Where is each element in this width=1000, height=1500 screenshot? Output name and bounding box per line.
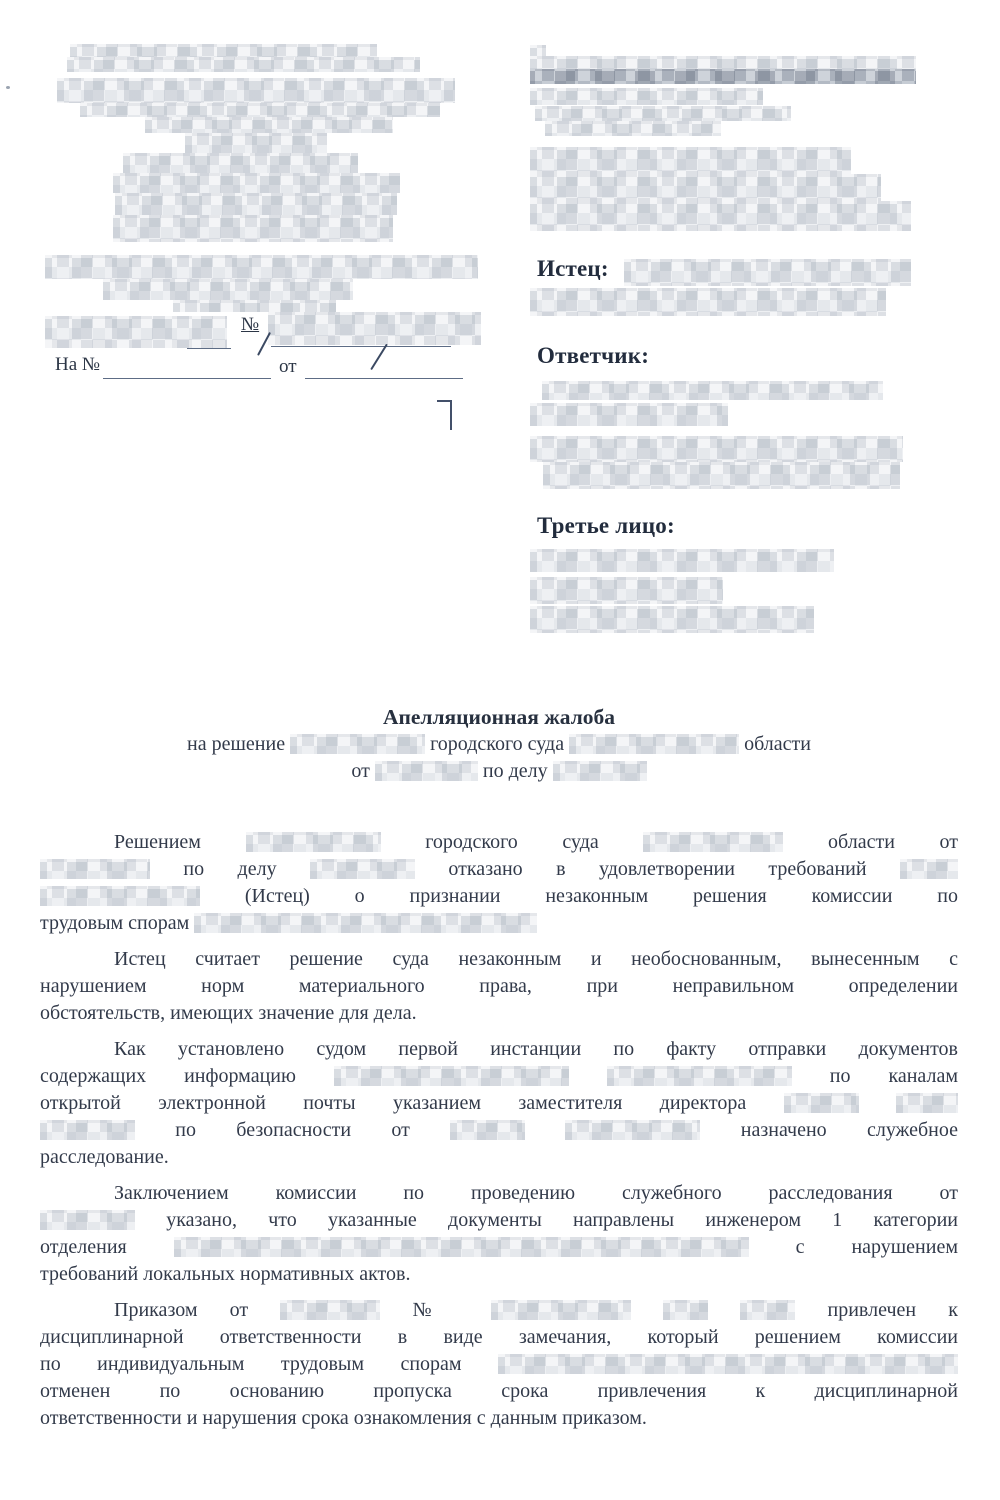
- redacted-text: [784, 1093, 859, 1113]
- redacted-block: [530, 147, 851, 174]
- redacted-block: [530, 549, 834, 572]
- redacted-block: [530, 606, 814, 633]
- redacted-block: [530, 436, 903, 462]
- text-line: отменен по основанию пропуска срока прив…: [40, 1378, 958, 1405]
- scan-artifact-dot: [6, 86, 10, 89]
- paragraph: Заключением комиссии по проведению служе…: [40, 1180, 958, 1288]
- redacted-text: [565, 1120, 700, 1140]
- redacted-text: [246, 832, 381, 852]
- text-line: ответственности и нарушения срока ознако…: [40, 1405, 958, 1432]
- third-party-label: Третье лицо:: [537, 513, 675, 539]
- text-line: нарушением норм материального права, при…: [40, 973, 958, 1000]
- subtitle-line: от по делу: [40, 758, 958, 785]
- redacted-text: [607, 1066, 792, 1086]
- subtitle-line: на решение городского суда области: [40, 731, 958, 758]
- text-line: Как установлено судом первой инстанции п…: [40, 1036, 958, 1063]
- text-line: по делу отказано в удовлетворении требов…: [40, 856, 958, 883]
- text-line: открытой электронной почты указанием зам…: [40, 1090, 958, 1117]
- redacted-block: [543, 462, 900, 489]
- redacted-block: [45, 255, 478, 279]
- document-content: Апелляционная жалоба на решение городско…: [40, 703, 958, 1432]
- redacted-block: [530, 174, 881, 201]
- redacted-block: [530, 201, 911, 231]
- redacted-text: [663, 1300, 708, 1320]
- redacted-block: [113, 215, 393, 242]
- document-body: Решением городского суда области от по д…: [40, 829, 958, 1432]
- redacted-text: [174, 1237, 749, 1257]
- text-line: дисциплинарной ответственности в виде за…: [40, 1324, 958, 1351]
- number-underline: [271, 346, 451, 347]
- redacted-block: [535, 106, 791, 121]
- number-label: №: [241, 314, 259, 336]
- text-line: обстоятельств, имеющих значение для дела…: [40, 1000, 958, 1027]
- text-line: Приказом от № привлечен к: [40, 1297, 958, 1324]
- redacted-text: [740, 1300, 795, 1320]
- paragraph: Как установлено судом первой инстанции п…: [40, 1036, 958, 1171]
- redacted-text: [450, 1120, 525, 1140]
- text-line: Решением городского суда области от: [40, 829, 958, 856]
- redacted-text: [194, 913, 537, 933]
- text-line: содержащих информацию по каналам: [40, 1063, 958, 1090]
- redacted-block: [530, 403, 728, 426]
- redacted-block: [530, 45, 546, 56]
- redacted-text: [40, 1210, 135, 1230]
- redacted-block: [113, 173, 400, 193]
- redacted-block: [530, 288, 886, 316]
- redacted-text: [643, 832, 783, 852]
- paragraph: Решением городского суда области от по д…: [40, 829, 958, 937]
- redacted-block: [542, 381, 883, 400]
- handwritten-mark: [370, 344, 388, 371]
- from-underline: [305, 378, 463, 379]
- text-line: расследование.: [40, 1144, 958, 1171]
- redacted-text: [569, 734, 739, 754]
- redacted-block: [268, 312, 481, 345]
- text-line: отделения с нарушением: [40, 1234, 958, 1261]
- redacted-block: [145, 117, 393, 133]
- redacted-block: [624, 259, 911, 286]
- redacted-text: [40, 886, 200, 906]
- text-line: (Истец) о признании незаконным решения к…: [40, 883, 958, 910]
- number-underline-short: [187, 348, 231, 349]
- plaintiff-label: Истец:: [537, 256, 609, 282]
- redacted-block: [530, 56, 916, 69]
- redacted-text: [334, 1066, 569, 1086]
- text-line: трудовым спорам: [40, 910, 958, 937]
- on-number-label: На №: [55, 354, 100, 376]
- redacted-block: [103, 279, 353, 300]
- redacted-text: [553, 761, 647, 781]
- text-line: по безопасности от назначено служебное: [40, 1117, 958, 1144]
- redacted-block: [45, 316, 227, 348]
- scanned-document-page: № На № от Истец: Ответчик: Третье лицо:: [0, 0, 1000, 1500]
- redacted-text: [280, 1300, 380, 1320]
- redacted-block: [115, 193, 397, 215]
- text-line: по индивидуальным трудовым спорам: [40, 1351, 958, 1378]
- redacted-block: [70, 44, 377, 57]
- redacted-block: [185, 133, 327, 153]
- text-line: Истец считает решение суда незаконным и …: [40, 946, 958, 973]
- redacted-block: [173, 300, 336, 312]
- redacted-text: [491, 1300, 631, 1320]
- text-line: требований локальных нормативных актов.: [40, 1261, 958, 1288]
- redacted-text: [900, 859, 958, 879]
- document-title: Апелляционная жалоба: [40, 703, 958, 731]
- redacted-text: [290, 734, 425, 754]
- text-line: указано, что указанные документы направл…: [40, 1207, 958, 1234]
- redacted-text: [896, 1093, 958, 1113]
- paragraph: Истец считает решение суда незаконным и …: [40, 946, 958, 1027]
- redacted-block: [123, 153, 358, 173]
- from-label: от: [279, 356, 297, 378]
- redacted-block: [545, 121, 721, 136]
- redacted-block: [530, 69, 916, 84]
- redacted-text: [498, 1354, 958, 1374]
- redacted-text: [40, 859, 150, 879]
- redacted-block: [67, 57, 420, 72]
- redacted-block: [530, 88, 763, 105]
- redacted-text: [40, 1120, 135, 1140]
- redacted-block: [57, 78, 455, 103]
- redacted-text: [375, 761, 478, 781]
- redacted-block: [530, 577, 723, 604]
- document-subtitle: на решение городского суда областиот по …: [40, 731, 958, 785]
- paragraph: Приказом от № привлечен кдисциплинарной …: [40, 1297, 958, 1432]
- defendant-label: Ответчик:: [537, 343, 649, 369]
- text-line: Заключением комиссии по проведению служе…: [40, 1180, 958, 1207]
- redacted-text: [310, 859, 415, 879]
- address-corner-mark: [437, 400, 452, 430]
- on-number-underline: [103, 378, 271, 379]
- redacted-block: [80, 103, 440, 117]
